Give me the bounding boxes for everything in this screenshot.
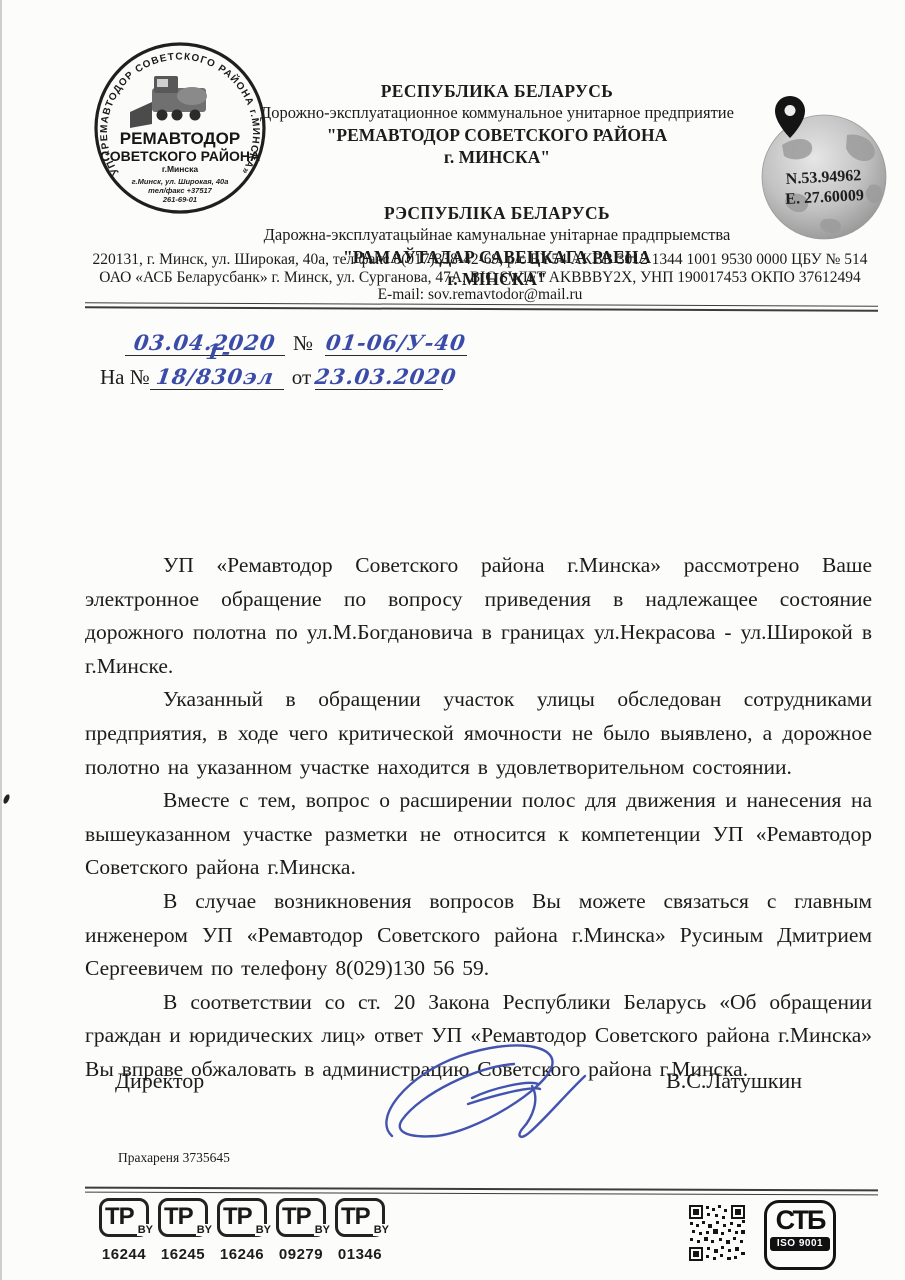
tr-sub-label: BY — [373, 1224, 389, 1236]
tr-by-mark-1: ТР BY 16244 — [98, 1198, 150, 1263]
org-address-block: 220131, г. Минск, ул. Широкая, 40а, тел/… — [80, 251, 880, 304]
logo-title-1: РЕМАВТОДОР — [120, 129, 240, 148]
outgoing-number-value: 01-06/У-40 — [324, 330, 467, 355]
org-type-by: Дарожна-эксплуатацыйнае камунальнае уніт… — [235, 224, 759, 246]
handwritten-signature — [380, 1036, 595, 1151]
incoming-date-field: 23.03.2020 — [315, 364, 443, 390]
number-label: № — [285, 331, 317, 356]
org-name-ru-1: "РЕМАВТОДОР СОВЕТСКОГО РАЙОНА — [235, 124, 759, 146]
executor-note: Прахареня 3735645 — [118, 1150, 230, 1166]
letter-body: УП «Ремавтодор Советского района г.Минск… — [85, 549, 872, 1087]
tr-by-mark-2: ТР BY 16245 — [157, 1198, 209, 1263]
letterhead-ru: РЕСПУБЛИКА БЕЛАРУСЬ Дорожно-эксплуатацио… — [235, 80, 759, 168]
tr-by-mark-3: ТР BY 16246 — [216, 1198, 268, 1263]
org-type-ru: Дорожно-эксплуатационное коммунальное ун… — [235, 102, 759, 124]
logo-address-1: г.Минск, ул. Широкая, 40а — [132, 177, 229, 186]
from-label: от — [284, 365, 315, 390]
address-line-2: ОАО «АСБ Беларусбанк» г. Минск, ул. Сург… — [80, 269, 880, 287]
tr-by-icon: ТР BY — [335, 1198, 385, 1237]
logo-address-3: 261-69-01 — [162, 195, 197, 204]
tr-label: ТР — [223, 1203, 252, 1231]
qr-code — [688, 1204, 746, 1262]
stb-monogram: СТБ — [767, 1203, 833, 1237]
country-name-ru: РЕСПУБЛИКА БЕЛАРУСЬ — [235, 80, 759, 102]
incoming-date-value: 23.03.2020 — [313, 364, 458, 389]
tr-by-number: 16246 — [216, 1246, 268, 1263]
tr-by-number: 16245 — [157, 1246, 209, 1263]
stb-iso-9001-mark: СТБ ISO 9001 — [764, 1200, 836, 1270]
country-name-by: РЭСПУБЛІКА БЕЛАРУСЬ — [235, 202, 759, 224]
org-name-ru-2: г. МИНСКА" — [235, 146, 759, 168]
paragraph-4: В случае возникновения вопросов Вы может… — [85, 885, 872, 986]
paragraph-1: УП «Ремавтодор Советского района г.Минск… — [85, 549, 872, 683]
scan-edge-artifact — [0, 0, 2, 1280]
tr-by-icon: ТР BY — [217, 1198, 267, 1237]
tr-by-icon: ТР BY — [99, 1198, 149, 1237]
tr-by-number: 16244 — [98, 1246, 150, 1263]
address-line-3: E-mail: sov.remavtodor@mail.ru — [80, 286, 880, 304]
outgoing-number-field: 01-06/У-40 — [325, 330, 467, 356]
letterhead-divider — [85, 302, 878, 311]
geo-globe-badge: N.53.94962 E. 27.60009 — [752, 90, 894, 242]
tr-label: ТР — [105, 1203, 134, 1231]
tr-by-number: 09279 — [275, 1246, 327, 1263]
logo-title-3: г.Минска — [162, 164, 198, 174]
reply-label: На № — [100, 365, 150, 390]
signer-name: В.С.Латушкин — [666, 1068, 802, 1094]
ink-speck — [3, 793, 11, 804]
tr-by-icon: ТР BY — [158, 1198, 208, 1237]
tr-label: ТР — [164, 1203, 193, 1231]
logo-address-2: тел/факс +37517 — [148, 186, 213, 195]
paragraph-3: Вместе с тем, вопрос о расширении полос … — [85, 784, 872, 885]
document-page: УП «РЕМАВТОДОР СОВЕТСКОГО РАЙОНА г.МИНСК… — [0, 0, 905, 1280]
tr-sub-label: BY — [314, 1224, 330, 1236]
tr-sub-label: BY — [255, 1224, 271, 1236]
address-line-1: 220131, г. Минск, ул. Широкая, 40а, тел/… — [80, 251, 880, 269]
paragraph-2: Указанный в обращении участок улицы обсл… — [85, 683, 872, 784]
reference-block: 03.04.2020 № 01-06/У-40 На № 1-18/830эл … — [100, 322, 540, 390]
tr-by-icon: ТР BY — [276, 1198, 326, 1237]
iso-9001-label: ISO 9001 — [770, 1237, 830, 1251]
footer-divider — [85, 1187, 878, 1196]
incoming-number-field: 1-18/830эл — [150, 339, 284, 390]
tr-by-number: 01346 — [334, 1246, 386, 1263]
tr-sub-label: BY — [196, 1224, 212, 1236]
incoming-number-value: 1-18/830эл — [146, 339, 287, 389]
tr-by-mark-4: ТР BY 09279 — [275, 1198, 327, 1263]
tr-label: ТР — [341, 1203, 370, 1231]
tr-by-mark-5: ТР BY 01346 — [334, 1198, 386, 1263]
incoming-reference-row: На № 1-18/830эл от 23.03.2020 — [100, 356, 540, 390]
tr-sub-label: BY — [137, 1224, 153, 1236]
tr-by-marks-row: ТР BY 16244 ТР BY 16245 ТР BY 16246 ТР B… — [98, 1198, 386, 1263]
tr-label: ТР — [282, 1203, 311, 1231]
signer-role: Директор — [115, 1068, 204, 1094]
